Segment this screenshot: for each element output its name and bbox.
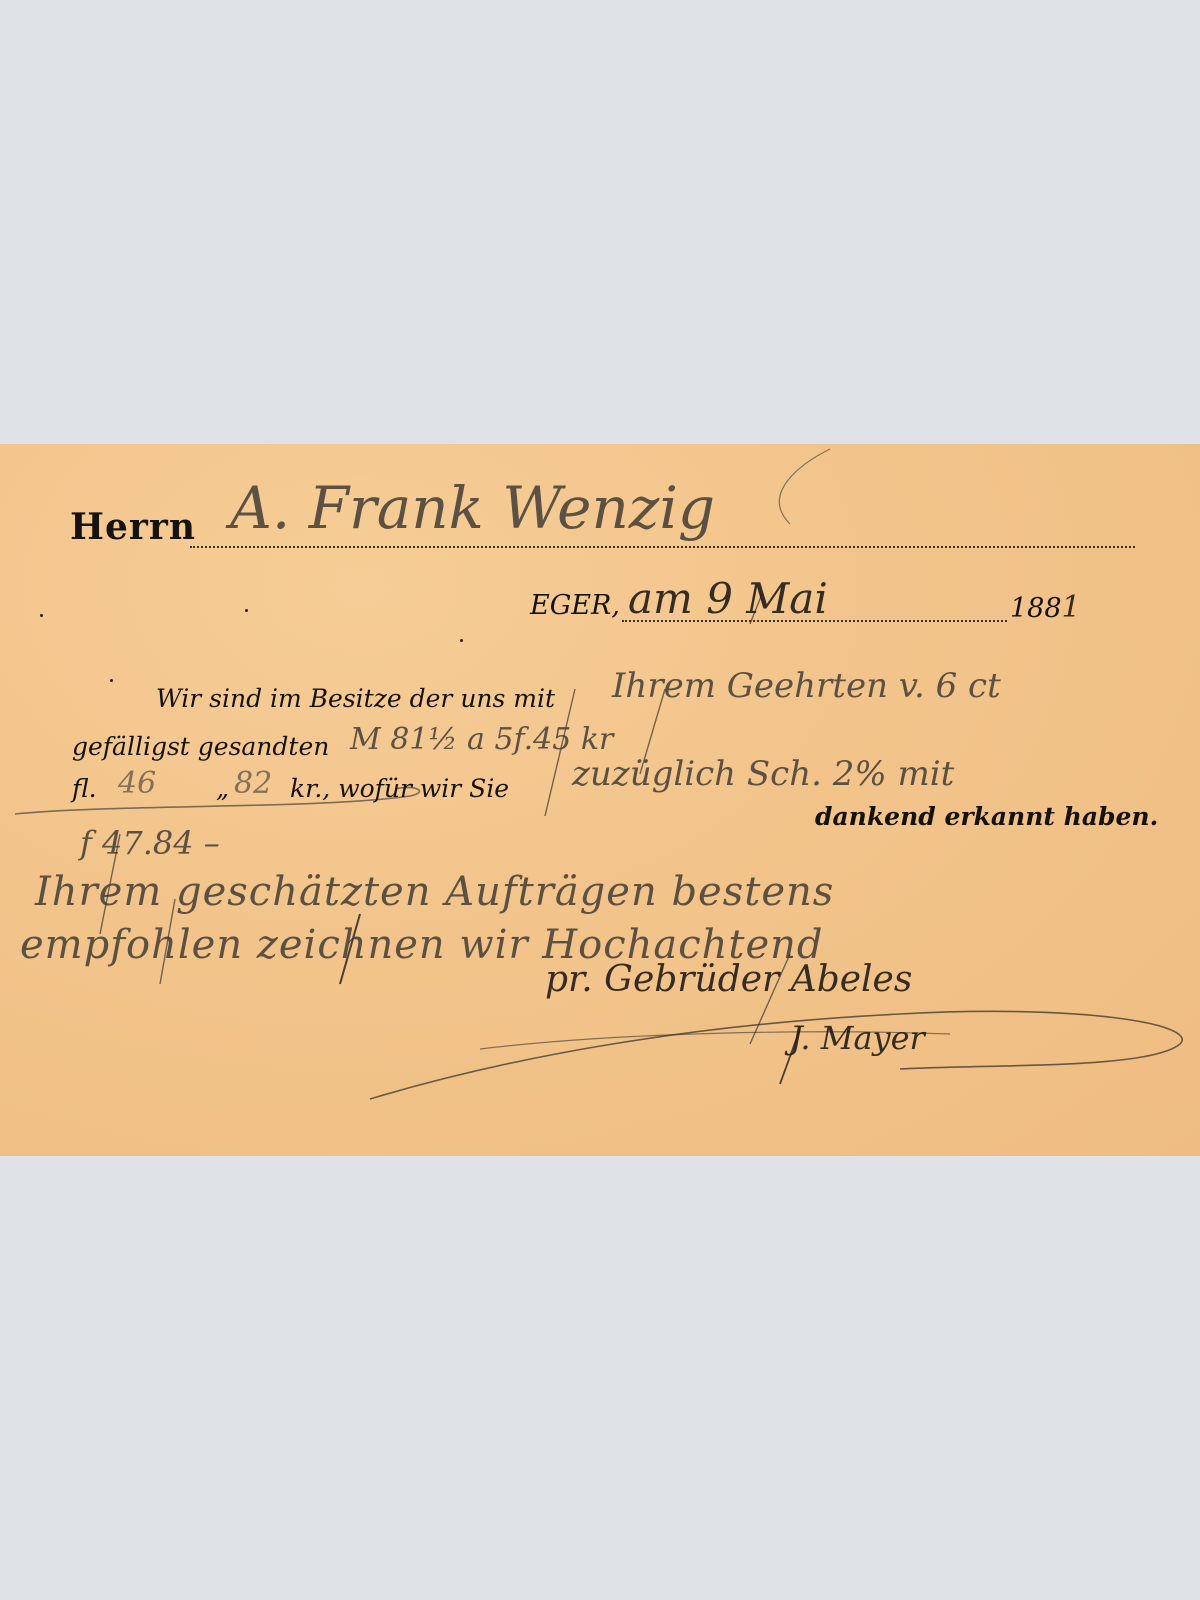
printed-closing: dankend erkannt haben. — [815, 802, 1158, 831]
handwritten-line-3: zuzüglich Sch. 2% mit — [572, 754, 954, 794]
ink-speck — [40, 614, 43, 617]
handwritten-line-2: M 81½ a 5f.45 kr — [350, 722, 613, 757]
signature-name: J. Mayer — [790, 1019, 925, 1057]
ink-speck — [460, 639, 463, 642]
salutation: Herrn — [70, 506, 196, 548]
recipient-handwritten: A. Frank Wenzig — [230, 474, 715, 542]
printed-line-3-mid: „ — [216, 774, 229, 803]
printed-line-3-prefix: fl. — [72, 774, 97, 803]
printed-line-1: Wir sind im Besitze der uns mit — [156, 684, 555, 713]
recipient-dotted-line — [190, 546, 1135, 548]
signature-firm: pr. Gebrüder Abeles — [545, 959, 912, 1000]
printed-line-2: gefälligst gesandten — [72, 732, 329, 761]
year-prefix: 188 — [1010, 593, 1062, 624]
handwritten-body-line-1: Ihrem geschätzten Aufträgen bestens — [35, 869, 834, 915]
pen-strokes — [0, 444, 1200, 1156]
handwritten-total: f 47.84 – — [80, 824, 220, 862]
handwritten-line-1: Ihrem Geehrten v. 6 ct — [612, 666, 1001, 706]
ink-speck — [245, 609, 248, 612]
ink-speck — [110, 679, 113, 682]
year-digit-handwritten: 1 — [1062, 590, 1081, 625]
florins-handwritten: 46 — [118, 766, 156, 801]
year-printed: 1881 — [1010, 590, 1081, 625]
kreuzer-handwritten: 82 — [234, 766, 272, 801]
place-printed: EGER, — [530, 590, 620, 621]
postcard: Herrn A. Frank Wenzig EGER, am 9 Mai 188… — [0, 444, 1200, 1156]
printed-line-3-suffix: kr., wofür wir Sie — [290, 774, 509, 803]
date-handwritten: am 9 Mai — [628, 574, 828, 623]
